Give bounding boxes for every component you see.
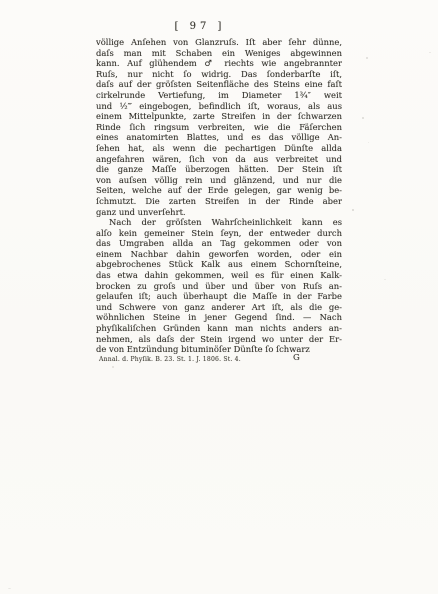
text-line: phyſikaliſchen Gründen kann man nichts a… xyxy=(96,323,342,334)
text-line: das etwa dahin gekommen, weil es für ein… xyxy=(96,270,342,281)
text-line: und Schwere von ganz anderer Art iſt, al… xyxy=(96,302,342,313)
text-line: daſs auf der gröſsten Seitenfläche des S… xyxy=(96,79,342,90)
paper-speck xyxy=(429,52,431,53)
text-line: völlige Anſehen von Glanzruſs. Iſt aber … xyxy=(96,37,342,48)
text-block: völlige Anſehen von Glanzruſs. Iſt aber … xyxy=(96,37,342,355)
text-line: die ganze Maſſe überzogen hätten. Der St… xyxy=(96,164,342,175)
text-line: von auſsen völlig rein und glänzend, und… xyxy=(96,175,342,186)
paper-speck xyxy=(362,117,364,119)
text-line: einem Mittelpunkte, zarte Streifen in de… xyxy=(96,111,342,122)
text-line: Ruſs, nur nicht ſo widrig. Das ſonderbar… xyxy=(96,69,342,80)
paper-speck xyxy=(384,279,386,280)
text-line: eines anatomirten Blattes, und es das vö… xyxy=(96,132,342,143)
page-number: [ 97 ] xyxy=(77,21,323,32)
page-footer: Annal. d. Phyſik. B. 23. St. 1. J. 1806.… xyxy=(96,353,342,365)
text-line: gelaufen iſt; auch überhaupt die Maſſe i… xyxy=(96,291,342,302)
text-line: und ½‴ eingebogen, befindlich iſt, worau… xyxy=(96,101,342,112)
text-line: abgebrochenes Stück Kalk aus einem Schor… xyxy=(96,259,342,270)
text-line: ſchmutzt. Die zarten Streifen in der Rin… xyxy=(96,196,342,207)
text-line: angefahren wären, ſich von da aus verbre… xyxy=(96,154,342,165)
paper-speck xyxy=(352,209,354,211)
text-line: ganz und unverſehrt. xyxy=(96,207,342,218)
scanned-book-page: [ 97 ] völlige Anſehen von Glanzruſs. Iſ… xyxy=(0,0,438,594)
text-line: daſs man mit Schaben ein Weniges abgewin… xyxy=(96,48,342,59)
paper-speck xyxy=(8,588,11,589)
text-line: alſo kein gemeiner Stein ſeyn, der entwe… xyxy=(96,228,342,239)
text-line: wöhnlichen Steine in jener Gegend ſind. … xyxy=(96,312,342,323)
text-line: Seiten, welche auf der Erde gelegen, gar… xyxy=(96,185,342,196)
text-line: ſehen hat, als wenn die pechartigen Dünſ… xyxy=(96,143,342,154)
text-line: Nach der gröſsten Wahrſcheinlichkeit kan… xyxy=(96,217,342,228)
text-line: nehmen, als daſs der Stein irgend wo unt… xyxy=(96,334,342,345)
paper-speck xyxy=(112,366,114,368)
text-line: brocken zu groſs und über und über von R… xyxy=(96,281,342,292)
text-line: das Umgraben allda an Tag gekommen oder … xyxy=(96,238,342,249)
paper-speck xyxy=(368,142,369,143)
text-line: Rinde ſich ringsum verbreiten, wie die F… xyxy=(96,122,342,133)
text-line: kann. Auf glühendem ♂ riechts wie angebr… xyxy=(96,58,342,69)
text-line: einem Nachbar dahin geworfen worden, ode… xyxy=(96,249,342,260)
paper-speck xyxy=(366,57,368,59)
text-line: cirkelrunde Vertiefung, im Diameter 1¾″ … xyxy=(96,90,342,101)
footer-imprint: Annal. d. Phyſik. B. 23. St. 1. J. 1806.… xyxy=(99,356,241,363)
signature-mark: G xyxy=(293,353,300,363)
